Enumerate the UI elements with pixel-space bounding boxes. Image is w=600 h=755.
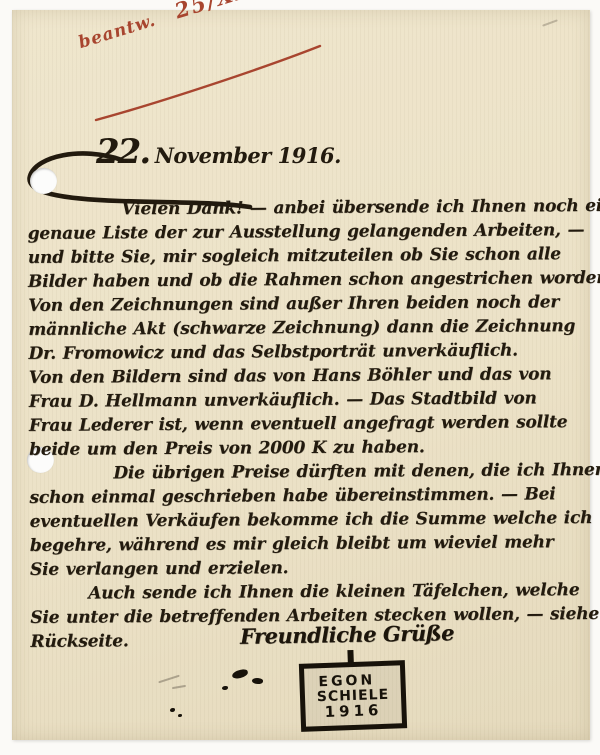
pencil-mark: [172, 685, 186, 689]
annotation-word: beantw.: [76, 11, 158, 53]
stamp-line-3: 1916: [305, 700, 402, 721]
ink-blot: [252, 677, 264, 684]
date-month-year: November 1916.: [155, 143, 341, 168]
closing-salutation: Freundliche Grüße: [240, 620, 454, 649]
ink-blot: [170, 708, 175, 712]
pencil-mark: [158, 675, 180, 684]
scan-background: { "colors": { "paper": "#ece2c7", "ink":…: [0, 0, 600, 755]
letter-date: 22. November 1916.: [96, 132, 341, 172]
letter-line: Frau Lederer ist, wenn eventuell angefra…: [29, 410, 581, 438]
letter-page: beantw. 25/XI 16. 22. November 1916. Vie…: [12, 10, 590, 740]
signature-stamp: EGON SCHIELE 1916: [299, 660, 407, 732]
red-underline-stroke: [96, 46, 320, 120]
annotation-date: 25/XI 16.: [172, 0, 299, 23]
date-day: 22.: [96, 132, 149, 172]
letter-body: Vielen Dank! — anbei übersende ich Ihnen…: [27, 194, 582, 654]
pencil-mark: [542, 19, 558, 26]
punch-hole-top: [30, 168, 57, 194]
letter-line: begehre, während es mir gleich bleibt um…: [30, 530, 582, 558]
ink-blot: [231, 668, 248, 679]
ink-blot: [178, 714, 182, 717]
ink-blot: [222, 686, 228, 690]
received-annotation: beantw. 25/XI 16.: [75, 0, 350, 53]
